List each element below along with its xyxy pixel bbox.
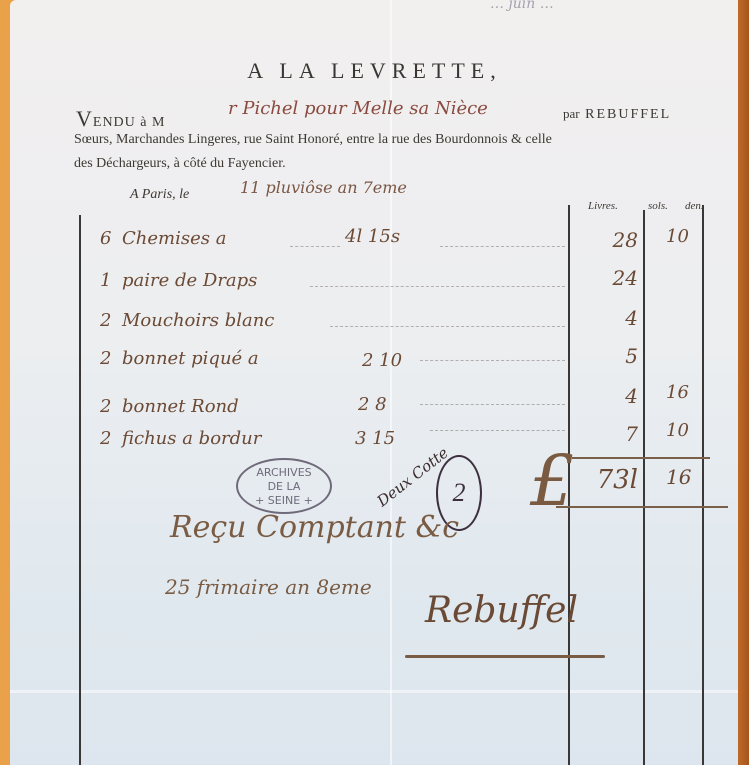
dash-leader: [290, 246, 340, 248]
fold-line-horizontal: [10, 690, 738, 693]
address-line-2: des Déchargeurs, à côté du Fayencier.: [74, 156, 286, 172]
table-row: 2Mouchoirs blanc: [100, 310, 274, 331]
seller-name: REBUFFEL: [585, 107, 671, 122]
livres-value: 5: [578, 344, 638, 368]
unit-price: 2 10: [362, 350, 402, 371]
dash-leader: [330, 326, 565, 328]
dash-leader: [430, 430, 565, 432]
vendu-line: VENDU à M: [76, 106, 165, 132]
col-den: den.: [685, 200, 704, 212]
livres-value: 24: [578, 266, 638, 290]
receipt-text: Reçu Comptant &c: [170, 510, 459, 545]
sols-value: 10: [666, 226, 689, 247]
unit-price: 3 15: [355, 428, 395, 449]
table-row: 6Chemises a: [100, 228, 226, 249]
livres-value: 4: [578, 384, 638, 408]
signature: Rebuffel: [425, 590, 578, 631]
sols-rule: [643, 210, 645, 765]
livre-symbol: £: [530, 440, 575, 522]
dash-leader: [310, 286, 565, 288]
vendu-label: ENDU à M: [93, 115, 166, 130]
shop-title: A LA LEVRETTE,: [0, 58, 749, 84]
unit-price: 4l 15s: [345, 226, 400, 247]
table-row: 1paire de Draps: [100, 270, 257, 291]
total-livres: 73l: [578, 465, 638, 495]
buyer-handwritten: r Pichel pour Melle sa Nièce: [228, 98, 488, 119]
total-rule-top: [572, 457, 710, 459]
date-handwritten: 11 pluviôse an 7eme: [240, 178, 407, 197]
livres-value: 28: [578, 228, 638, 252]
seller-prefix: par: [563, 106, 580, 121]
seller-line: par REBUFFEL: [563, 106, 671, 123]
col-livres: Livres.: [588, 200, 618, 212]
dash-leader: [440, 246, 565, 248]
signature-flourish: [405, 655, 605, 658]
livres-value: 7: [578, 422, 638, 446]
vendu-initial: V: [76, 106, 93, 131]
dash-leader: [420, 404, 565, 406]
pencil-note: … juin …: [490, 0, 554, 12]
address-line-1: Sœurs, Marchandes Lingeres, rue Saint Ho…: [74, 132, 552, 148]
total-rule-bottom: [556, 506, 728, 508]
total-sols: 16: [666, 465, 691, 489]
table-row: 2bonnet piqué a: [100, 348, 259, 369]
place-label: A Paris, le: [130, 187, 189, 203]
livres-value: 4: [578, 306, 638, 330]
left-rule: [79, 215, 81, 765]
col-sols: sols.: [648, 200, 668, 212]
receipt-date: 25 frimaire an 8eme: [165, 575, 372, 599]
dash-leader: [420, 360, 565, 362]
table-row: 2fichus a bordur: [100, 428, 261, 449]
unit-price: 2 8: [358, 394, 387, 415]
sols-value: 10: [666, 420, 689, 441]
den-rule: [702, 205, 704, 765]
sols-value: 16: [666, 382, 689, 403]
archives-stamp: ARCHIVES DE LA + SEINE +: [236, 458, 332, 514]
table-row: 2bonnet Rond: [100, 396, 239, 417]
